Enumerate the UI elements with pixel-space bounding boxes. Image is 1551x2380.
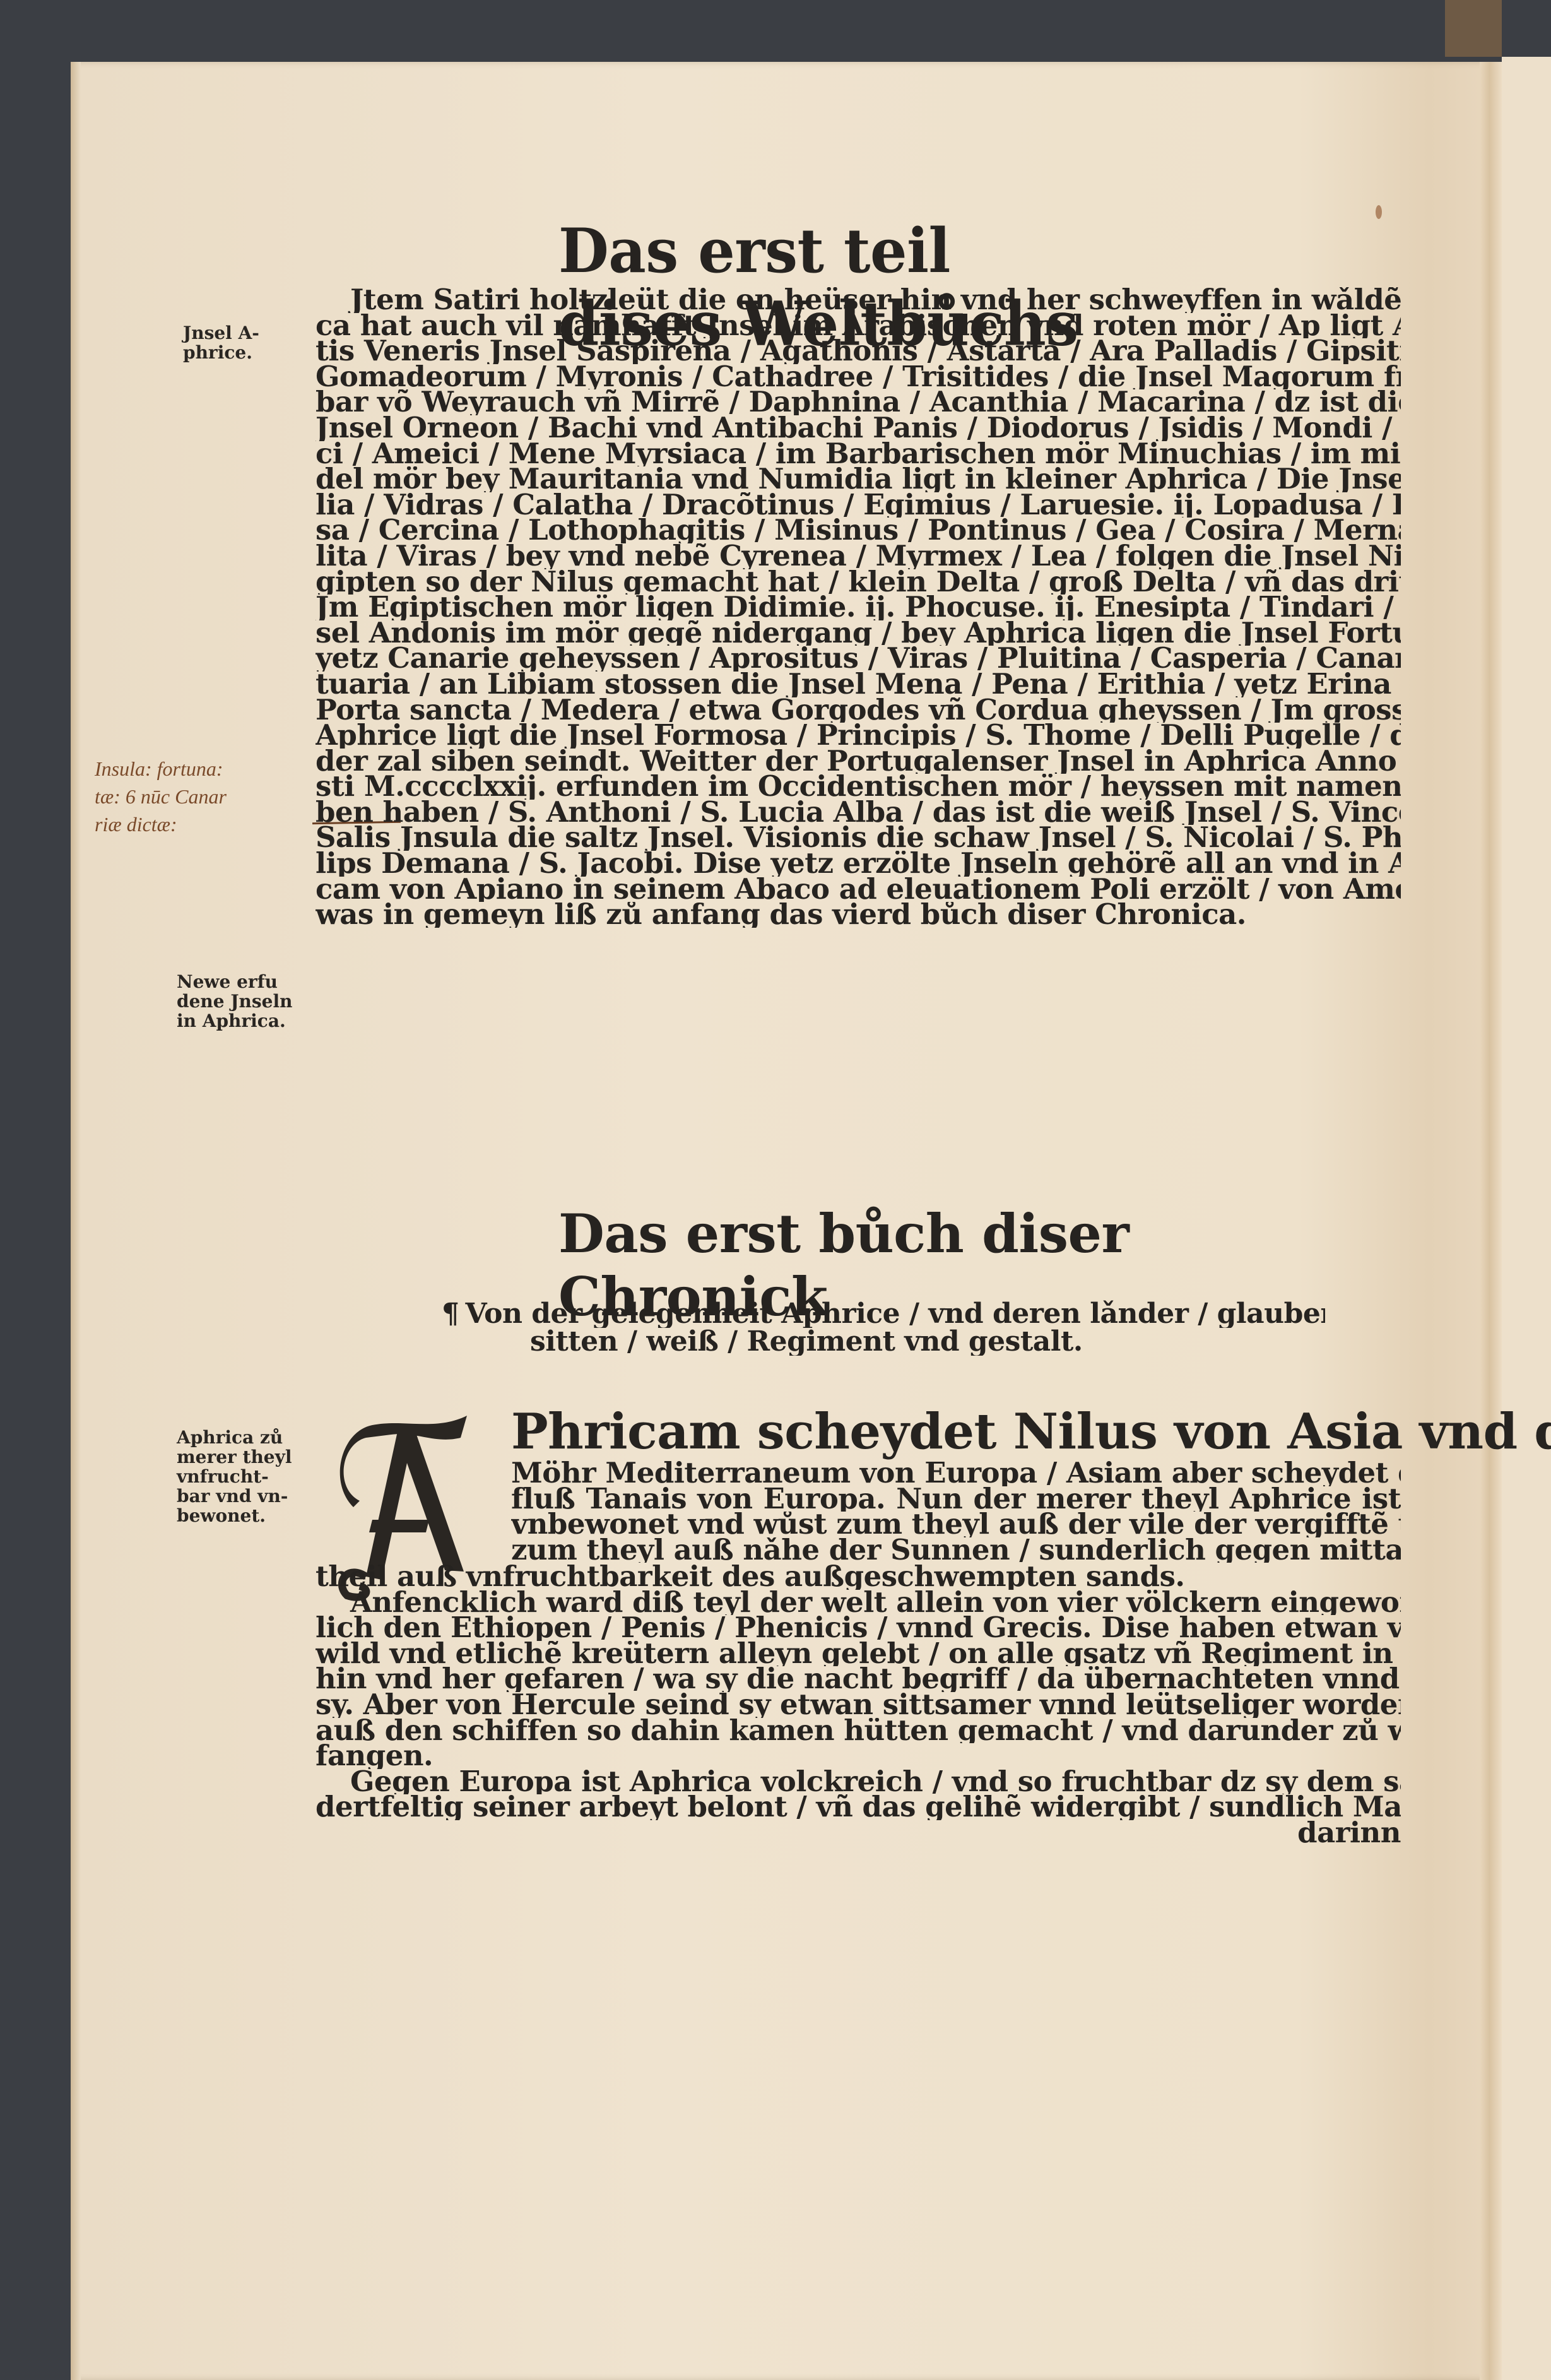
subtitle-line: sitten / weiß / Regiment vnd gestalt. — [442, 1328, 1325, 1356]
text-line: Gomadeorum / Myronis / Cathadree / Trisi… — [316, 364, 1401, 390]
text-line: gipten so der Nilus gemacht hat / klein … — [316, 569, 1401, 595]
pilcrow-icon: ¶ — [442, 1300, 459, 1328]
book-headband — [1445, 0, 1502, 57]
annotation-line: riæ dictæ: — [95, 810, 322, 838]
margin-note-line: merer theyl — [177, 1447, 303, 1467]
text-line: cam von Apiano in seinem Abaco ad eleuat… — [316, 877, 1401, 903]
text-line: hin vnd her gefaren / wa sy die nacht be… — [316, 1666, 1401, 1692]
text-line: sti M.cccclxxij. erfunden im Occidentisc… — [316, 774, 1401, 800]
text-line: del mör bey Mauritania vnd Numidia ligt … — [316, 466, 1401, 492]
text-line: sy. Aber von Hercule seind sy etwan sitt… — [316, 1692, 1401, 1718]
text-line: Gegen Europa ist Aphrica volckreich / vn… — [316, 1769, 1401, 1795]
facing-page-edge — [1502, 57, 1551, 2380]
page-left-edge — [71, 62, 81, 2380]
intro-large-line: Phricam scheydet Nilus von Asia vnd das — [511, 1406, 1401, 1458]
handwritten-annotation: Insula: fortuna: tæ: 6 nūc Canar riæ dic… — [95, 755, 322, 838]
text-line: bar võ Weyrauch vñ Mirrẽ / Daphnina / Ac… — [316, 389, 1401, 415]
text-line: ci / Ameici / Mene Myrsiaca / im Barbari… — [316, 441, 1401, 467]
chapter-subtitle: ¶Von der gelegenheit Aphrice / vnd deren… — [442, 1300, 1325, 1356]
text-line: ca hat auch vil namhafft Jnsel im Arabis… — [316, 313, 1401, 339]
text-line: was in gemeyn liß zů anfang das vierd bů… — [316, 902, 1401, 928]
text-line: Porta sancta / Medera / etwa Gorgodes vñ… — [316, 697, 1401, 723]
text-line: Jtem Satiri holtzleüt die on heüser hin … — [316, 287, 1401, 313]
margin-note-line: vnfrucht- — [177, 1467, 303, 1486]
margin-note-line: Jnsel A- — [183, 323, 309, 343]
text-line: tis Veneris Jnsel Saspirena / Agathonis … — [316, 338, 1401, 364]
annotation-line: tæ: 6 nūc Canar — [95, 783, 322, 810]
text-line: dertfeltig seiner arbeyt belont / vñ das… — [316, 1794, 1401, 1820]
margin-note-newe-inseln: Newe erfu dene Jnseln in Aphrica. — [177, 972, 303, 1031]
margin-note-aphrica-unfruchtbar: Aphrica zů merer theyl vnfrucht- bar vnd… — [177, 1428, 303, 1525]
section-1-text: Jtem Satiri holtzleüt die on heüser hin … — [316, 287, 1401, 928]
text-line: wild vnd etlichẽ kreütern alleyn gelebt … — [316, 1641, 1401, 1667]
text-line: theil auß vnfruchtbarkeit des außgeschwe… — [316, 1564, 1401, 1590]
text-line: yetz Canarie geheyssen / Aprositus / Vir… — [316, 646, 1401, 672]
text-line: vnbewonet vnd wůst zum theyl auß der vil… — [511, 1512, 1401, 1537]
text-line: sa / Cercina / Lothophagitis / Misinus /… — [316, 518, 1401, 543]
text-line: lips Demana / S. Jacobi. Dise yetz erzöl… — [316, 851, 1401, 877]
text-line: lita / Viras / bey vnd nebẽ Cyrenea / My… — [316, 543, 1401, 569]
margin-note-line: Aphrica zů — [177, 1428, 303, 1447]
margin-note-insel-aphrice: Jnsel A- phrice. — [183, 323, 309, 362]
chapter-body-text: theil auß vnfruchtbarkeit des außgeschwe… — [316, 1564, 1401, 1846]
subtitle-line: Von der gelegenheit Aphrice / vnd deren … — [466, 1300, 1326, 1328]
text-line: Aphrice ligt die Jnsel Formosa / Princip… — [316, 723, 1401, 749]
annotation-line: Insula: fortuna: — [95, 755, 322, 783]
text-line: ben haben / S. Anthoni / S. Lucia Alba /… — [316, 800, 1401, 826]
book-gutter — [1480, 62, 1502, 2380]
margin-note-line: bar vnd vn- — [177, 1486, 303, 1506]
ink-spot — [1376, 205, 1382, 219]
text-line: Möhr Mediterraneum von Europa / Asiam ab… — [511, 1460, 1401, 1486]
text-line: lia / Vidras / Calatha / Dracõtinus / Eg… — [316, 492, 1401, 518]
margin-note-line: bewonet. — [177, 1506, 303, 1525]
text-line: fangen. — [316, 1743, 1401, 1769]
margin-note-line: Newe erfu — [177, 972, 303, 992]
margin-note-line: phrice. — [183, 343, 309, 362]
text-line: auß den schiffen so dahin kamen hütten g… — [316, 1718, 1401, 1744]
margin-note-line: dene Jnseln — [177, 992, 303, 1011]
text-line: fluß Tanais von Europa. Nun der merer th… — [511, 1486, 1401, 1512]
text-line: Salis Jnsula die saltz Jnsel. Visionis d… — [316, 825, 1401, 851]
catchword: darinn — [316, 1820, 1401, 1846]
text-line: lich den Ethiopen / Penis / Phenicis / v… — [316, 1615, 1401, 1641]
text-line: zum theyl auß nǎhe der Sunnen / sunderli… — [511, 1537, 1401, 1563]
margin-note-line: in Aphrica. — [177, 1011, 303, 1031]
text-line: tuaria / an Libiam stossen die Jnsel Men… — [316, 672, 1401, 697]
intro-text: Möhr Mediterraneum von Europa / Asiam ab… — [511, 1460, 1401, 1563]
text-line: Jnsel Orneon / Bachi vnd Antibachi Panis… — [316, 415, 1401, 441]
text-line: sel Andonis im mör gegẽ nidergang / bey … — [316, 620, 1401, 646]
text-line: der zal siben seindt. Weitter der Portug… — [316, 749, 1401, 774]
text-line: Jm Egiptischen mör ligen Didimie. ij. Ph… — [316, 595, 1401, 620]
text-line: Anfencklich ward diß teyl der welt allei… — [316, 1590, 1401, 1616]
